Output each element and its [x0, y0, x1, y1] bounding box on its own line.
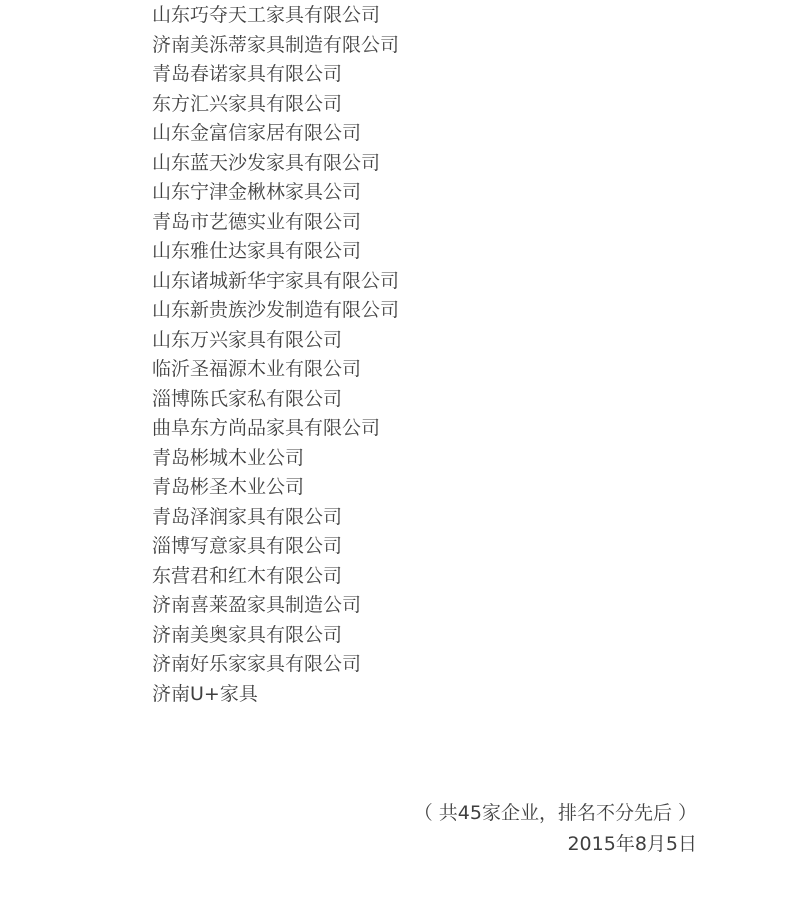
company-name: 山东万兴家具有限公司	[152, 326, 399, 356]
company-name: 济南美泺蒂家具制造有限公司	[152, 31, 399, 61]
company-name: 山东宁津金楸林家具公司	[152, 178, 399, 208]
company-list: 山东巧夺天工家具有限公司济南美泺蒂家具制造有限公司青岛春诺家具有限公司东方汇兴家…	[152, 1, 399, 709]
company-name: 山东诸城新华宇家具有限公司	[152, 267, 399, 297]
company-name: 临沂圣福源木业有限公司	[152, 355, 399, 385]
company-name: 东方汇兴家具有限公司	[152, 90, 399, 120]
company-name: 济南喜莱盈家具制造公司	[152, 591, 399, 621]
company-name: 青岛彬城木业公司	[152, 444, 399, 474]
company-name: 东营君和红木有限公司	[152, 562, 399, 592]
company-name: 淄博陈氏家私有限公司	[152, 385, 399, 415]
company-name: 山东巧夺天工家具有限公司	[152, 1, 399, 31]
company-name: 青岛彬圣木业公司	[152, 473, 399, 503]
date: 2015年8月5日	[414, 829, 697, 860]
company-name: 山东金富信家居有限公司	[152, 119, 399, 149]
company-name: 济南美奥家具有限公司	[152, 621, 399, 651]
footer: （ 共45家企业，排名不分先后 ） 2015年8月5日	[414, 798, 697, 859]
company-name: 曲阜东方尚品家具有限公司	[152, 414, 399, 444]
company-name: 济南U+家具	[152, 680, 399, 710]
company-name: 山东雅仕达家具有限公司	[152, 237, 399, 267]
company-name: 山东蓝天沙发家具有限公司	[152, 149, 399, 179]
company-name: 淄博写意家具有限公司	[152, 532, 399, 562]
summary-note: （ 共45家企业，排名不分先后 ）	[414, 798, 697, 829]
company-name: 济南好乐家家具有限公司	[152, 650, 399, 680]
company-name: 青岛春诺家具有限公司	[152, 60, 399, 90]
company-name: 山东新贵族沙发制造有限公司	[152, 296, 399, 326]
document-page: { "page": { "background": "#ffffff", "te…	[0, 0, 799, 911]
company-name: 青岛泽润家具有限公司	[152, 503, 399, 533]
company-name: 青岛市艺德实业有限公司	[152, 208, 399, 238]
